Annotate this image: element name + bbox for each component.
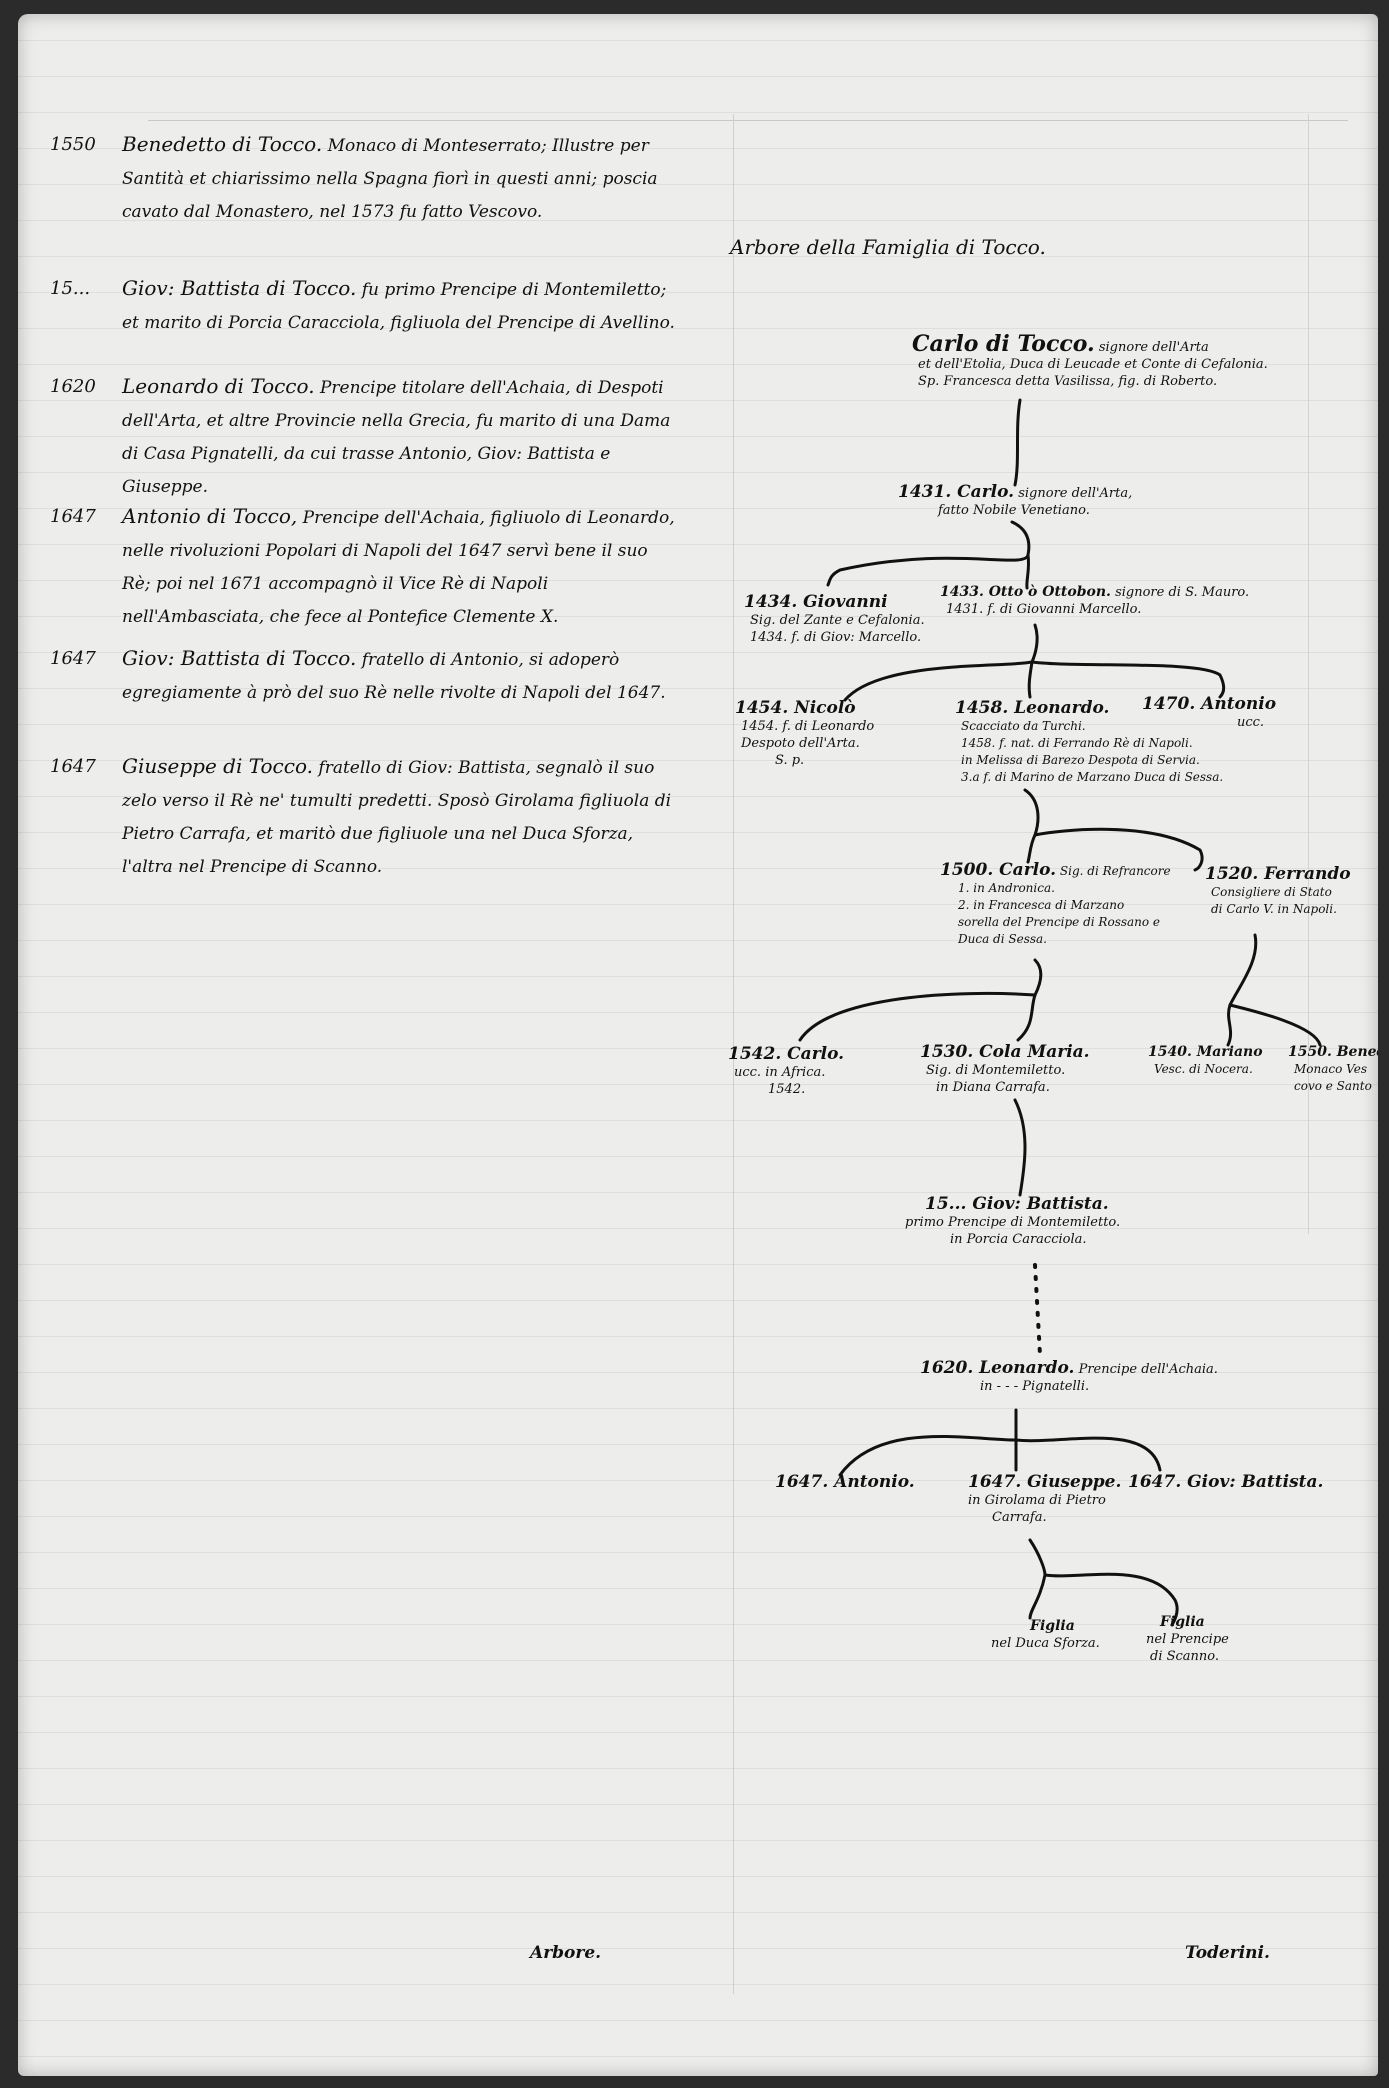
tree-node-figlia-scanno: Figlia nel Prencipe di Scanno. — [1140, 1614, 1229, 1665]
tree-node-giobattista-1647: 1647. Giov: Battista. — [1128, 1474, 1323, 1492]
tree-node-leonardo-1620: 1620. Leonardo. Prencipe dell'Achaia. in… — [920, 1360, 1218, 1395]
tree-node-giuseppe-1647: 1647. Giuseppe. in Girolama di Pietro Ca… — [968, 1474, 1121, 1526]
tree-node-carlo-1431: 1431. Carlo. signore dell'Arta, fatto No… — [898, 484, 1132, 519]
tree-node-colamaria-1530: 1530. Cola Maria. Sig. di Montemiletto. … — [920, 1044, 1090, 1096]
tree-node-carlo-1542: 1542. Carlo. ucc. in Africa. 1542. — [728, 1046, 844, 1098]
tree-node-otto-1433: 1433. Otto ò Ottobon. signore di S. Maur… — [940, 584, 1249, 618]
tree-node-antonio-1647: 1647. Antonio. — [775, 1474, 915, 1492]
tree-node-mariano-1540: 1540. Mariano Vesc. di Nocera. — [1148, 1044, 1263, 1078]
tree-node-giobattista-15xx: 15... Giov: Battista. primo Prencipe di … — [905, 1196, 1120, 1248]
tree-node-ferrando-1520: 1520. Ferrando Consigliere di Stato di C… — [1205, 866, 1351, 918]
tree-node-figlia-sforza: Figlia nel Duca Sforza. — [985, 1618, 1100, 1652]
tree-node-carlo-1500: 1500. Carlo. Sig. di Refrancore 1. in An… — [940, 862, 1171, 948]
tree-node-giovanni-1434: 1434. Giovanni Sig. del Zante e Cefaloni… — [744, 594, 925, 646]
tree-node-nicolo-1454: 1454. Nicolò 1454. f. di Leonardo Despot… — [735, 700, 874, 769]
tree-node-benedetto-1550: 1550. Benedetto Monaco Ves covo e Santo — [1288, 1044, 1378, 1095]
signature: Toderini. — [1185, 1940, 1270, 1966]
tree-node-carlo-root: Carlo di Tocco. signore dell'Arta et del… — [912, 336, 1268, 390]
tree-node-antonio-1470: 1470. Antonio ucc. — [1142, 696, 1276, 731]
catchword: Arbore. — [530, 1940, 601, 1966]
